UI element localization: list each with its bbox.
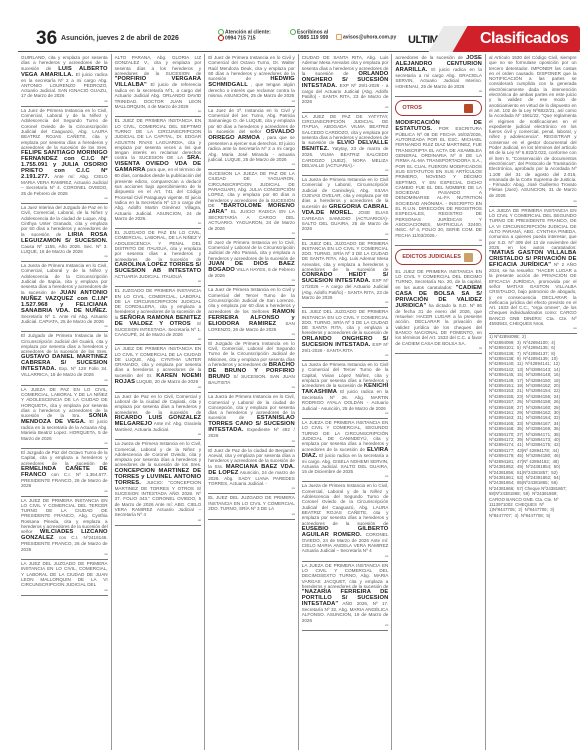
- notice-code: ▪▪▪: [208, 385, 295, 389]
- notice-text: acreedores de la sucesión de: [395, 55, 463, 60]
- notice-code: ▪▪▪: [302, 168, 389, 172]
- legal-notice: La Juez Interina del Juzgado de Paz en l…: [21, 204, 108, 262]
- notice-code: ▪▪▪: [302, 474, 389, 478]
- legal-notice: El Juez de Paz de la ciudad de Benjamín …: [208, 447, 295, 494]
- notice-text: La Juez de Primera Instancia en lo Civil…: [21, 108, 108, 150]
- notice-code: ▪▪▪: [21, 441, 108, 445]
- notice-code: ▪▪▪: [302, 554, 389, 558]
- notice-text: LA JUEZA DE PRIMERA INSTANCIA EN LO CIVI…: [489, 208, 577, 250]
- notice-text: El Juez de Primera Instancia en lo Civil…: [208, 240, 295, 261]
- legal-notice: al Artículo 1530 del Código Civil, siemp…: [489, 54, 577, 207]
- legal-notice: El Juzgado de Paz del Octavo Turno de la…: [21, 449, 108, 496]
- notice-code: ▪▪▪: [21, 196, 108, 200]
- notice-text: EL JUEZ DEL JUZGADO DE PRIMERA INSTANCIA…: [302, 241, 389, 272]
- notice-text: Causa Nº 1155, Año 2026. Sec. Nº 3. LUQU…: [21, 244, 108, 254]
- notice-code: ▪▪▪: [208, 486, 295, 490]
- gavel-icon: [464, 253, 473, 262]
- legal-notice: La Juez de 1ª. Instancia en lo Civil y C…: [208, 107, 295, 170]
- legal-notice: La Juez de Primera Instancia en lo Civil…: [21, 107, 108, 204]
- legal-notice: El Juez de Primera Instancia en lo Civil…: [208, 239, 295, 286]
- notice-code: ▪▪▪: [302, 300, 389, 304]
- notice-text: ACTUARIA JUDICIAL. ITAUGUÁ: [115, 274, 182, 279]
- notice-code: ▪▪▪: [208, 439, 295, 443]
- notice-columns: GUIRLAND, cita y emplaza por sesenta día…: [18, 54, 580, 750]
- notice-text: EL JUEZ DEL JUZGADO DE PRIMERA INSTANCIA…: [302, 309, 389, 335]
- legal-notice: GUIRLAND, cita y emplaza por sesenta día…: [21, 54, 108, 107]
- contact-email: avisos@uhora.com.py: [336, 34, 396, 40]
- contact-phone: 0985 119 999: [298, 35, 328, 41]
- page-header: 36 Asunción, jueves 2 de abril de 2026 A…: [18, 26, 580, 52]
- notice-subject: SEÑORA RAMONA BENITEZ DE VALDEZ Y OTROS: [115, 315, 202, 327]
- notice-code: ▪▪▪: [115, 337, 202, 341]
- notice-code: ▪▪▪: [208, 162, 295, 166]
- legal-notice: LA JUEZ DE PRIMERA INSTANCIA EN LO CIVIL…: [115, 345, 202, 392]
- column-1: GUIRLAND, cita y emplaza por sesenta día…: [18, 54, 112, 750]
- legal-notice: LA JUEZ DE PAZ DE YATYTAY, CIRCUNSCRIPCI…: [302, 113, 389, 176]
- cheque-line: Nº8447707; 4) Nº8447708; 5): [489, 513, 577, 518]
- notice-code: ▪▪▪: [208, 332, 295, 336]
- legal-notice: LA JUEZA DE PRIMERA INSTANCIA EN LO CIVI…: [302, 562, 389, 631]
- legal-notice: EL JUEZ DEL JUZGADO DE PRIMERA INSTANCIA…: [208, 494, 295, 520]
- notice-code: ▪▪▪: [21, 378, 108, 382]
- notice-code: ▪▪▪: [302, 623, 389, 627]
- notice-text: La Jueza de Primera Instancia en lo Civi…: [302, 483, 389, 525]
- column-4: CIUDAD DE SANTA RITA, Abg. Luis Ademar M…: [299, 54, 393, 750]
- legal-notice: El Juzgado de Primera Instancia de la Ci…: [21, 332, 108, 385]
- mail-icon: [336, 34, 342, 40]
- section-header-label: EDICTOS JUDICIALES: [402, 254, 461, 260]
- legal-notice: MODIFICACIÓN DE ESTATUTOS. POR ESCRITURA…: [395, 119, 482, 246]
- legal-notice: La Juez de Paz en lo Civil, Comercial y …: [115, 393, 202, 440]
- notice-code: ▪▪▪: [21, 324, 108, 328]
- legal-notice: EL JUZGADO DE PRIMERA INSTANCIA EN LO CI…: [115, 287, 202, 345]
- column-3: El Juez de Primera Instancia en lo Civil…: [205, 54, 299, 750]
- legal-notice: ALTO PARANA, Abg. GLORIA LIZ GONZALEZ V.…: [115, 54, 202, 117]
- cheque-list: 1) Nº42894098; 2)Nº42894099; 3) Nº428941…: [489, 334, 577, 518]
- notice-code: ▪▪▪: [208, 231, 295, 235]
- legal-notice: La Jueza de Primera Instancia en lo Civi…: [21, 262, 108, 332]
- classifieds-page: 36 Asunción, jueves 2 de abril de 2026 A…: [18, 26, 580, 52]
- legal-notice: LA JUEZ DEL JUZGADO DE PRIMERA INSTANCIA…: [21, 560, 108, 596]
- legal-notice: LA JUEZA DE PRIMERA INSTANCIA EN LO CIVI…: [489, 207, 577, 335]
- notice-text: La Jueza de Primera Instancia en lo Civi…: [115, 441, 202, 467]
- contact-email-text: avisos@uhora.com.py: [343, 34, 396, 40]
- column-6: al Artículo 1530 del Código Civil, siemp…: [486, 54, 580, 750]
- legal-notice: LA JUEZ DE PRIMERA INSTANCIA EN LO CIVIL…: [21, 497, 108, 560]
- notice-text: al Artículo 1530 del Código Civil, siemp…: [489, 55, 577, 198]
- legal-notice: EL JUEZ DEL JUZGADO DE PRIMERA INSTANCIA…: [302, 240, 389, 309]
- notice-text: El Juzgado de Paz del Octavo Turno de la…: [21, 450, 108, 466]
- whatsapp-icon: [290, 29, 296, 35]
- notice-text: EL JUEZ DE PRIMERA INSTANCIA EN LO CIVIL…: [115, 118, 202, 160]
- notice-code: ▪▪▪: [208, 512, 295, 516]
- section-header-label: OTROS: [402, 105, 422, 111]
- notice-code: ▪▪▪: [395, 238, 482, 242]
- contact-phone: 0994 715 715: [225, 36, 256, 42]
- notice-code: ▪▪▪: [21, 254, 108, 258]
- notice-code: ▪▪▪: [115, 385, 202, 389]
- notice-code: ▪▪▪: [489, 199, 577, 203]
- notice-code: ▪▪▪: [302, 353, 389, 357]
- box-icon: [464, 104, 473, 113]
- notice-code: ▪▪▪: [208, 278, 295, 282]
- section-header-edictos: EDICTOS JUDICIALES: [395, 249, 482, 265]
- column-2: ALTO PARANA, Abg. GLORIA LIZ GONZALEZ V.…: [112, 54, 206, 750]
- notice-code: ▪▪▪: [21, 489, 108, 493]
- notice-text: LA JUEZA DE PRIMERA INSTANCIA EN LO CIVI…: [302, 563, 389, 589]
- legal-notice: acreedores de la sucesión de JOSE ALEJAN…: [395, 54, 482, 97]
- notice-text: ALTO PARANA, Abg. GLORIA LIZ GONZALEZ V.…: [115, 55, 202, 76]
- legal-notice: La Jueza de Primera Instancia en lo Civi…: [302, 482, 389, 561]
- phone-icon: [218, 35, 224, 41]
- whatsapp-icon: [218, 29, 224, 35]
- notice-code: ▪▪▪: [115, 518, 202, 522]
- notice-text: El Juzgado de Primera Instancia de la Ci…: [21, 333, 108, 354]
- page-number: 36: [36, 28, 57, 50]
- notice-text: ha dictado la S.D. Nº 86 de fecha 31 de …: [395, 303, 482, 346]
- legal-notice: EL JUEZ DEL JUZGADO DE PRIMERA INSTANCIA…: [302, 308, 389, 361]
- notice-code: ▪▪▪: [115, 432, 202, 436]
- legal-notice: El Juzgado de Primera Instancia en lo Ci…: [208, 340, 295, 393]
- legal-notice: LA JUEZA DE PAZ EN LO CIVIL, COMERCIAL, …: [21, 386, 108, 449]
- notice-code: ▪▪▪: [21, 552, 108, 556]
- legal-notice: EL JUEZ DE PRIMERA INSTANCIA EN LO CIVIL…: [115, 117, 202, 229]
- column-5: acreedores de la sucesión de JOSE ALEJAN…: [392, 54, 486, 750]
- legal-notice: El Juez de Primera Instancia en lo Civil…: [208, 54, 295, 107]
- section-banner: Clasificados: [460, 26, 580, 52]
- legal-notice: La Juez de Primera Instancia en lo Civil…: [208, 286, 295, 339]
- notice-code: ▪▪▪: [395, 89, 482, 93]
- notice-code: ▪▪▪: [115, 221, 202, 225]
- legal-notice: La Jueza de Primera Instancia en lo Civi…: [115, 440, 202, 525]
- section-header-otros: OTROS: [395, 100, 482, 116]
- notice-code: ▪▪▪: [21, 99, 108, 103]
- legal-notice: EL JUZGADO DE PAZ EN LO CIVIL, COMERCIAL…: [115, 229, 202, 287]
- legal-notice: CIUDAD DE SANTA RITA, Abg. Luis Ademar M…: [302, 54, 389, 113]
- notice-code: ▪▪▪: [395, 346, 482, 350]
- notice-code: ▪▪▪: [302, 232, 389, 236]
- notice-text: JUICIO: "CONCEPCION MARTINEZ DE TORRES Y…: [115, 480, 202, 517]
- legal-notice: La Jueza de Primera Instancia en lo Civi…: [302, 176, 389, 239]
- legal-notice: EL JUEZ DE PRIMERA INSTANCIA EN LO CIVIL…: [395, 268, 482, 354]
- notice-text: EL JUEZ DEL JUZGADO DE PRIMERA INSTANCIA…: [208, 495, 295, 511]
- page-date: Asunción, jueves 2 de abril de 2026: [61, 35, 179, 42]
- notice-text: La Juez de Paz en lo Civil, Comercial y …: [115, 394, 202, 415]
- notice-text: Secretaría Nº 1. Ante mí Abg. Actuario J…: [21, 314, 108, 324]
- legal-notice: La Jueza de Primera Instancia en lo Civi…: [302, 361, 389, 419]
- section-title: Clasificados: [480, 30, 568, 48]
- contact-customer-service: Atención al cliente: 0994 715 715: [218, 29, 271, 42]
- notice-text: POR ESCRITURA PÚBLICA Nº 08 DE FECHA 16/…: [395, 126, 482, 238]
- legal-notice: LA JUEZA DE PRIMERA INSTANCIA EN LO CIVI…: [302, 419, 389, 482]
- notice-text: Nº 2 AÑO 2024, se ha resuelto: "HACER LU…: [489, 262, 577, 326]
- notice-text: LA JUEZ DEL JUZGADO DE PRIMERA INSTANCIA…: [21, 561, 108, 587]
- notice-text: para que, en el término de 60 días, cont…: [115, 167, 202, 220]
- notice-code: ▪▪▪: [489, 326, 577, 330]
- notice-text: LUQUE, 20 de Marzo de 2026: [136, 379, 198, 384]
- notice-text: EL JUZGADO DE PAZ EN LO CIVIL, COMERCIAL…: [115, 230, 202, 261]
- notice-code: ▪▪▪: [208, 99, 295, 103]
- legal-notice: La Jueza de Primera Instancia en lo Civi…: [208, 393, 295, 446]
- notice-code: ▪▪▪: [302, 411, 389, 415]
- legal-notice: SUCESION LA JUEZA DE PAZ DE LA CIUDAD DE…: [208, 170, 295, 239]
- notice-code: ▪▪▪: [21, 588, 108, 592]
- notice-subject: CAROLINA LOPEZ TORRES S/ SUCESION AB INT…: [115, 262, 202, 274]
- notice-code: ▪▪▪: [302, 105, 389, 109]
- contact-write-us: Escribinos al 0985 119 999: [290, 29, 328, 41]
- notice-code: ▪▪▪: [115, 279, 202, 283]
- notice-code: ▪▪▪: [115, 109, 202, 113]
